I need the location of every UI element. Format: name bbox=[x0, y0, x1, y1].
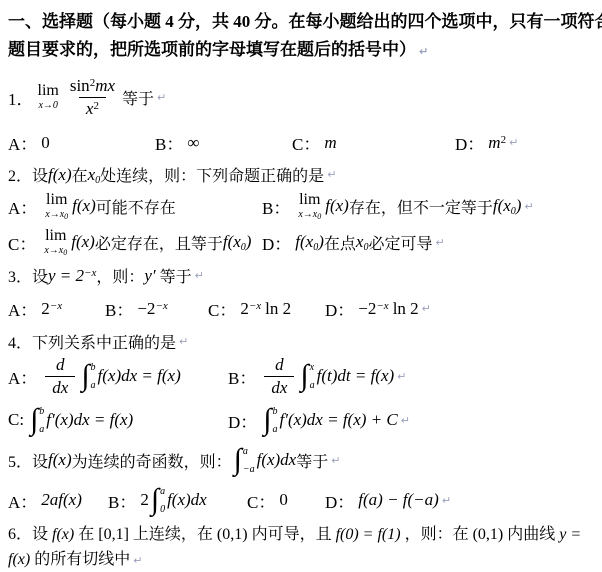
q5-option-b: B：2∫a0f(x)dx bbox=[108, 483, 247, 517]
question-2-options-cd: C： limx→x0 f(x) 必定存在，且等于 f(x0) D： f(x0) … bbox=[8, 228, 596, 256]
lim-operator: lim bbox=[299, 192, 320, 208]
limit-notation: limx→x0 bbox=[298, 192, 321, 220]
paragraph-mark-icon: ↵ bbox=[133, 554, 142, 567]
stem-text: 在 bbox=[72, 163, 88, 186]
option-value: 0 bbox=[41, 133, 50, 153]
q1-option-a: A：0 bbox=[8, 130, 155, 155]
lower-limit: a bbox=[39, 424, 44, 435]
stem-text: 6．设 bbox=[8, 526, 48, 543]
paragraph-mark-icon: ↵ bbox=[195, 269, 204, 282]
expression: y = 2−x bbox=[48, 266, 96, 286]
integrand: f(t)dt = f(x) bbox=[317, 366, 395, 386]
option-label: C： bbox=[8, 230, 36, 255]
exponent: 2 bbox=[501, 134, 507, 146]
numerator: d bbox=[53, 355, 68, 376]
denominator: dx bbox=[45, 376, 75, 398]
f-of-x: f(x) bbox=[48, 165, 72, 185]
f-of-x0: f(x0) bbox=[295, 232, 324, 252]
f-of-x: f(x) bbox=[48, 450, 72, 470]
option-label: B： bbox=[262, 194, 290, 219]
upper-limit: b bbox=[91, 362, 96, 373]
f-of-x: f(x) bbox=[72, 196, 96, 216]
ln-term: ln 2 bbox=[265, 299, 291, 319]
paragraph-mark-icon: ↵ bbox=[442, 494, 451, 507]
q5-option-a: A：2af(x) bbox=[8, 488, 108, 513]
q3-option-c: C：2−xln 2 bbox=[208, 296, 325, 321]
integrand: f′(x)dx = f(x) bbox=[46, 410, 133, 430]
q1-option-b: B：∞ bbox=[155, 130, 292, 155]
paragraph-mark-icon: ↵ bbox=[419, 45, 428, 58]
q3-option-a: A：2−x bbox=[8, 296, 105, 321]
derivative: y′ bbox=[144, 266, 155, 286]
option-label: A： bbox=[8, 488, 37, 513]
stem-text: 4．下列关系中正确的是 bbox=[8, 330, 176, 353]
option-label: C: bbox=[8, 410, 24, 430]
option-text: 可能不存在 bbox=[96, 195, 176, 218]
paragraph-mark-icon: ↵ bbox=[401, 414, 410, 427]
option-label: C： bbox=[247, 488, 275, 513]
stem-text: 内曲线 bbox=[507, 526, 555, 543]
option-label: A： bbox=[8, 194, 37, 219]
lower-limit: a bbox=[310, 380, 315, 391]
f-of-x0: f(x0) bbox=[223, 232, 252, 252]
expression: f(x bbox=[223, 232, 241, 251]
q2-option-b: B： limx→x0 f(x) 存在，但不一定等于 f(x0) ↵ bbox=[262, 192, 534, 220]
integral: ∫ba bbox=[30, 403, 44, 437]
stem-text: 3．设 bbox=[8, 264, 48, 287]
option-value: 0 bbox=[279, 490, 288, 510]
lower-limit: a bbox=[91, 380, 96, 391]
integral-limits: ba bbox=[39, 404, 44, 437]
option-label: D： bbox=[325, 488, 354, 513]
q4-option-c: C: ∫ba f′(x)dx = f(x) bbox=[8, 403, 228, 437]
option-value: f(a) − f(−a) bbox=[358, 490, 439, 510]
option-label: D： bbox=[262, 230, 291, 255]
integral: ∫a0 bbox=[151, 483, 165, 517]
integral: ∫ba bbox=[81, 359, 95, 393]
section-heading: 一、选择题（每小题 4 分，共 40 分。在每小题给出的四个选项中，只有一项符合… bbox=[8, 8, 596, 66]
expression: f(x bbox=[493, 196, 511, 215]
integrand: f′(x)dx = f(x) + C bbox=[280, 410, 398, 430]
question-4-stem: 4．下列关系中正确的是 ↵ bbox=[8, 330, 596, 353]
lim-operator: lim bbox=[45, 228, 66, 244]
paragraph-mark-icon: ↵ bbox=[327, 168, 336, 181]
lim-operator: lim bbox=[38, 83, 59, 99]
lim-subscript-text: x→x bbox=[298, 209, 317, 220]
option-value: −2−x bbox=[358, 299, 388, 319]
lim-subscript: x→0 bbox=[38, 101, 57, 111]
stem-text: 处连续，则：下列命题正确的是 bbox=[100, 163, 324, 186]
exponent: 2 bbox=[93, 100, 99, 112]
exponent: −x bbox=[249, 300, 261, 312]
option-text: 存在，但不一定等于 bbox=[349, 195, 493, 218]
exam-document-page: 一、选择题（每小题 4 分，共 40 分。在每小题给出的四个选项中，只有一项符合… bbox=[0, 0, 602, 572]
f-of-x: f(x) bbox=[325, 196, 349, 216]
integral-limits: a−a bbox=[243, 444, 255, 477]
d-dx-fraction: ddx bbox=[45, 355, 75, 397]
subscript: 0 bbox=[63, 248, 67, 257]
option-text: 必定可导 bbox=[368, 231, 432, 254]
question-1-stem: 1． lim x→0 sin2mx x2 等于 ↵ bbox=[8, 76, 596, 118]
lower-limit: a bbox=[273, 424, 278, 435]
option-label: D： bbox=[228, 408, 257, 433]
stem-text: ，则：在 bbox=[405, 526, 469, 543]
upper-limit: x bbox=[310, 362, 315, 373]
stem-text: 5．设 bbox=[8, 449, 48, 472]
fraction: sin2mx x2 bbox=[67, 76, 118, 118]
upper-limit: a bbox=[160, 486, 165, 497]
limit-notation: limx→x0 bbox=[44, 228, 67, 256]
upper-limit: b bbox=[273, 406, 278, 417]
integral-symbol: ∫ bbox=[81, 359, 89, 393]
stem-text: 所有切线中 bbox=[50, 551, 130, 568]
option-value: 2−x bbox=[240, 299, 261, 319]
coefficient: 2 bbox=[140, 490, 149, 510]
lim-operator: lim bbox=[46, 192, 67, 208]
option-label: A： bbox=[8, 130, 37, 155]
equation: f(0) = f(1) bbox=[336, 526, 401, 543]
q2-option-d: D： f(x0) 在点 x0 必定可导 ↵ bbox=[262, 230, 445, 255]
numerator: d bbox=[272, 355, 287, 376]
option-label: A： bbox=[8, 364, 37, 389]
q1-option-d: D：m2↵ bbox=[455, 130, 518, 155]
question-1-number: 1． bbox=[8, 85, 34, 110]
integrand: f(x)dx bbox=[167, 490, 207, 510]
stem-text: 等于 bbox=[160, 264, 192, 287]
lim-subscript: x→x0 bbox=[45, 210, 68, 220]
integral: ∫ba bbox=[263, 403, 277, 437]
option-label: A： bbox=[8, 296, 37, 321]
q3-option-d: D：−2−xln 2↵ bbox=[325, 296, 431, 321]
lim-subscript-text: x→x bbox=[45, 209, 64, 220]
upper-limit: b bbox=[39, 406, 44, 417]
subscript: 0 bbox=[64, 212, 68, 221]
paragraph-mark-icon: ↵ bbox=[524, 200, 533, 213]
heading-text-2: 题目要求的，把所选项前的字母填写在题后的括号中） bbox=[8, 40, 416, 59]
paragraph-mark-icon: ↵ bbox=[397, 370, 406, 383]
stem-text: 内可导，且 bbox=[252, 526, 332, 543]
option-label: B： bbox=[105, 296, 133, 321]
fraction-denominator: x2 bbox=[79, 97, 106, 119]
interval-open: (0,1) bbox=[473, 526, 504, 543]
lower-limit: 0 bbox=[160, 504, 165, 515]
stem-text: 在 bbox=[78, 526, 94, 543]
paragraph-mark-icon: ↵ bbox=[435, 236, 444, 249]
question-4-options-cd: C: ∫ba f′(x)dx = f(x) D： ∫ba f′(x)dx = f… bbox=[8, 403, 596, 437]
q2-option-c: C： limx→x0 f(x) 必定存在，且等于 f(x0) bbox=[8, 228, 262, 256]
integrand: f(x)dx = f(x) bbox=[98, 366, 181, 386]
base: 2 bbox=[41, 299, 50, 318]
expression: f(x bbox=[295, 232, 313, 251]
paragraph-mark-icon: ↵ bbox=[331, 454, 340, 467]
option-label: D： bbox=[325, 296, 354, 321]
lim-subscript: x→x0 bbox=[298, 210, 321, 220]
option-value: m2 bbox=[488, 133, 506, 153]
integral-limits: a0 bbox=[160, 484, 165, 517]
option-label: B： bbox=[108, 488, 136, 513]
sin-function: sin bbox=[70, 76, 90, 95]
exponent: −x bbox=[155, 300, 167, 312]
question-6-stem: 6．设 f(x) 在 [0,1] 上连续，在 (0,1) 内可导，且 f(0) … bbox=[8, 522, 596, 572]
paragraph-mark-icon: ↵ bbox=[179, 335, 188, 348]
interval-open: (0,1) bbox=[217, 526, 248, 543]
option-value: m bbox=[324, 133, 336, 153]
paragraph-mark-icon: ↵ bbox=[509, 136, 518, 149]
lim-subscript-text: x→x bbox=[44, 245, 63, 256]
paragraph-mark-icon: ↵ bbox=[157, 91, 166, 104]
paragraph-mark-icon: ↵ bbox=[422, 302, 431, 315]
stem-text: 的 bbox=[34, 551, 50, 568]
variable: m bbox=[488, 133, 500, 152]
integral-symbol: ∫ bbox=[263, 403, 271, 437]
base: −2 bbox=[358, 299, 376, 318]
integral: ∫a−a bbox=[234, 443, 255, 477]
question-2-options-ab: A： limx→x0 f(x) 可能不存在 B： limx→x0 f(x) 存在… bbox=[8, 192, 596, 220]
option-label: B： bbox=[155, 130, 183, 155]
question-3-options: A：2−x B：−2−x C：2−xln 2 D：−2−xln 2↵ bbox=[8, 296, 596, 321]
stem-text: 等于 bbox=[296, 449, 328, 472]
question-4-options-ab: A： ddx ∫ba f(x)dx = f(x) B： ddx ∫xa f(t)… bbox=[8, 355, 596, 397]
option-label: D： bbox=[455, 130, 484, 155]
integral-symbol: ∫ bbox=[234, 443, 242, 477]
integrand: f(x)dx bbox=[257, 450, 297, 470]
denominator: dx bbox=[264, 376, 294, 398]
q4-option-d: D： ∫ba f′(x)dx = f(x) + C ↵ bbox=[228, 403, 410, 437]
variable: mx bbox=[95, 76, 115, 95]
exponent: −x bbox=[84, 267, 96, 279]
f-of-x0: f(x0) bbox=[493, 196, 522, 216]
q4-option-a: A： ddx ∫ba f(x)dx = f(x) bbox=[8, 355, 228, 397]
x-sub-zero: x0 bbox=[356, 232, 369, 252]
d-dx-fraction: ddx bbox=[264, 355, 294, 397]
option-value: 2−x bbox=[41, 299, 62, 319]
integral-limits: xa bbox=[310, 360, 315, 393]
base: −2 bbox=[137, 299, 155, 318]
limit-notation: lim x→0 bbox=[38, 83, 59, 111]
q5-option-d: D：f(a) − f(−a)↵ bbox=[325, 488, 451, 513]
integral-symbol: ∫ bbox=[151, 483, 159, 517]
heading-line-1: 一、选择题（每小题 4 分，共 40 分。在每小题给出的四个选项中，只有一项符合 bbox=[8, 8, 596, 36]
q3-option-b: B：−2−x bbox=[105, 296, 208, 321]
option-label: C： bbox=[292, 130, 320, 155]
exponent: −x bbox=[376, 300, 388, 312]
expression: ) bbox=[246, 232, 252, 251]
option-value: −2−x bbox=[137, 299, 167, 319]
lower-limit: −a bbox=[243, 464, 255, 475]
limit-notation: limx→x0 bbox=[45, 192, 68, 220]
heading-line-2: 题目要求的，把所选项前的字母填写在题后的括号中）↵ bbox=[8, 36, 596, 66]
integral: ∫xa bbox=[300, 359, 314, 393]
option-label: C： bbox=[208, 296, 236, 321]
expression: ) bbox=[516, 196, 522, 215]
question-2-stem: 2．设 f(x) 在 x0 处连续，则：下列命题正确的是 ↵ bbox=[8, 163, 596, 186]
question-3-stem: 3．设 y = 2−x ，则： y′ 等于 ↵ bbox=[8, 264, 596, 287]
question-5-options: A：2af(x) B：2∫a0f(x)dx C：0 D：f(a) − f(−a)… bbox=[8, 483, 596, 517]
stem-text: ，则： bbox=[96, 264, 144, 287]
option-label: B： bbox=[228, 364, 256, 389]
option-value: 2af(x) bbox=[41, 490, 82, 510]
integral-symbol: ∫ bbox=[300, 359, 308, 393]
question-1-tail: 等于 bbox=[122, 86, 154, 109]
stem-text: 上连续，在 bbox=[133, 526, 213, 543]
stem-text: 2．设 bbox=[8, 163, 48, 186]
integral-limits: ba bbox=[273, 404, 278, 437]
question-5-stem: 5．设 f(x) 为连续的奇函数，则： ∫a−a f(x)dx 等于 ↵ bbox=[8, 443, 596, 477]
lim-subscript: x→x0 bbox=[44, 246, 67, 256]
option-value: ∞ bbox=[187, 133, 199, 153]
fraction-numerator: sin2mx bbox=[67, 76, 118, 97]
question-1-options: A：0 B：∞ C：m D：m2↵ bbox=[8, 130, 596, 155]
q1-option-c: C：m bbox=[292, 130, 455, 155]
f-of-x: f(x) bbox=[52, 526, 74, 543]
upper-limit: a bbox=[243, 446, 255, 457]
interval-closed: [0,1] bbox=[98, 526, 129, 543]
integral-limits: ba bbox=[91, 360, 96, 393]
subscript: 0 bbox=[317, 212, 321, 221]
ln-term: ln 2 bbox=[393, 299, 419, 319]
integral-symbol: ∫ bbox=[30, 403, 38, 437]
option-text: 在点 bbox=[324, 231, 356, 254]
base: 2 bbox=[240, 299, 249, 318]
option-text: 必定存在，且等于 bbox=[95, 231, 223, 254]
stem-text: 为连续的奇函数，则： bbox=[72, 449, 232, 472]
heading-text-1: 一、选择题（每小题 4 分，共 40 分。在每小题给出的四个选项中，只有一项符合 bbox=[8, 12, 602, 31]
q4-option-b: B： ddx ∫xa f(t)dt = f(x) ↵ bbox=[228, 355, 406, 397]
q5-option-c: C：0 bbox=[247, 488, 325, 513]
x-sub-zero: x0 bbox=[88, 165, 101, 185]
expression-base: y = 2 bbox=[48, 266, 84, 285]
exponent: −x bbox=[50, 300, 62, 312]
f-of-x: f(x) bbox=[71, 232, 95, 252]
q2-option-a: A： limx→x0 f(x) 可能不存在 bbox=[8, 192, 262, 220]
